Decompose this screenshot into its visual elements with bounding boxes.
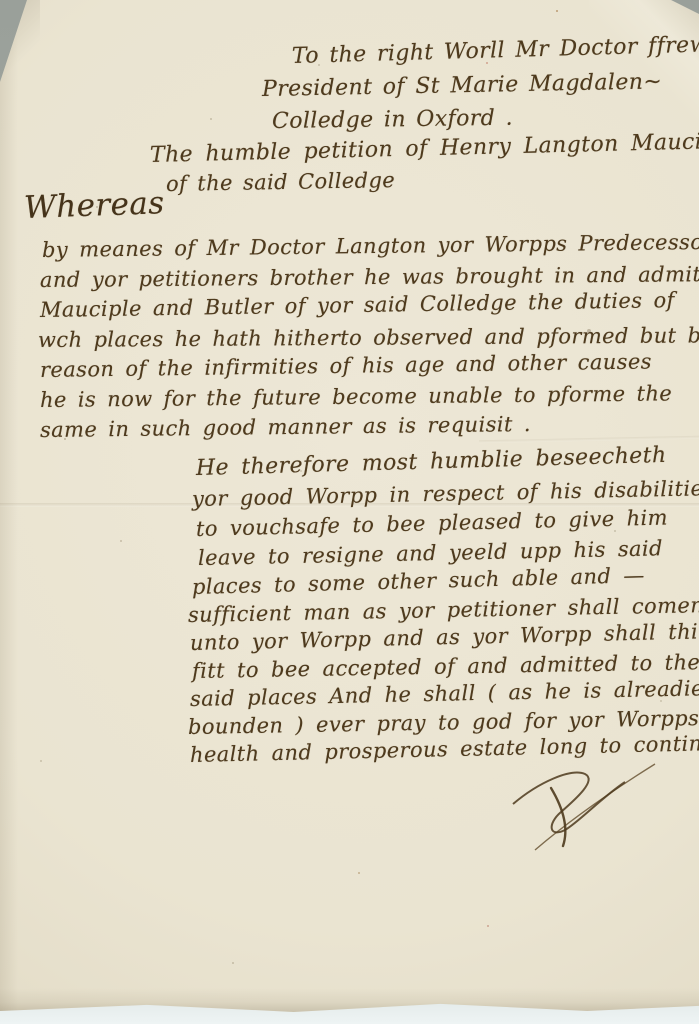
body-line: same in such good manner as is requisit …	[40, 412, 531, 442]
heading-line: Colledge in Oxford .	[272, 106, 513, 134]
paper-edge-shading-left	[0, 0, 18, 1014]
body-line: wch places he hath hitherto observed and…	[38, 323, 699, 352]
paper-sheet: To the right Worll Mr Doctor ffrewen~ Pr…	[0, 0, 699, 1014]
body-line: and yor petitioners brother he was broug…	[40, 262, 699, 292]
opening-word: Whereas	[23, 185, 165, 226]
body-line: Mauciple and Butler of yor said Colledge…	[40, 288, 675, 322]
body-line: reason of the infirmities of his age and…	[40, 349, 652, 382]
fold-crease-top-right	[589, 0, 699, 130]
paper-edge-shading-bottom	[0, 988, 699, 1014]
body-line: he is now for the future become unable t…	[40, 381, 672, 412]
manuscript-photo: To the right Worll Mr Doctor ffrewen~ Pr…	[0, 0, 699, 1024]
body-line: by meanes of Mr Doctor Langton yor Worpp…	[42, 230, 699, 262]
paper-speckles	[0, 0, 2, 2]
petition-title-line: of the said Colledge	[166, 168, 396, 196]
prayer-line: to vouchsafe to bee pleased to give him	[196, 505, 668, 541]
petition-title-line: The humble petition of Henry Langton Mau…	[150, 129, 699, 168]
pen-flourish-icon	[505, 758, 675, 858]
prayer-line: He therefore most humblie beseecheth	[196, 443, 667, 481]
